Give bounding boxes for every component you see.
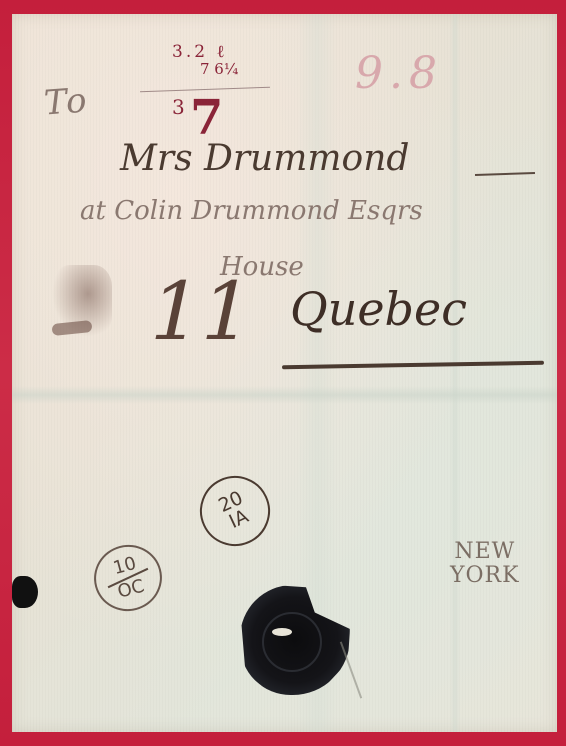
postmark-month: IA [227,507,252,532]
rate-marking-top: 3.2 ℓ [172,42,228,62]
marginal-manuscript-mark: 11 [140,265,262,358]
seal-chip [272,628,292,636]
salutation: To [43,80,90,123]
wax-blot [12,576,38,608]
fold-line [12,386,557,404]
address-line-2: at Colin Drummond Esqrs [80,196,423,226]
rate-marking-lower: 3 [172,95,185,119]
town-stamp-line-2: YORK [450,564,520,588]
pink-rate-marking: 9.8 [355,48,443,99]
fold-line [450,14,460,732]
seal-impression-ring [262,612,322,672]
rate-marking-middle: 7 6¼ [200,60,238,78]
address-city: Quebec [290,282,467,336]
addressee-name: Mrs Drummond [120,138,409,179]
new-york-town-stamp: NEW YORK [450,540,520,588]
town-stamp-line-1: NEW [450,540,520,564]
